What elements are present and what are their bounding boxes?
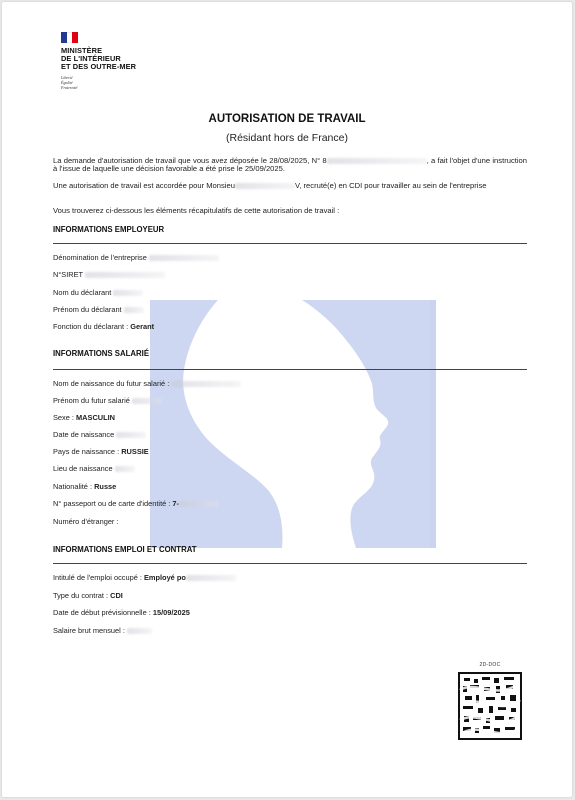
document-title: AUTORISATION DE TRAVAIL (2, 113, 572, 125)
field-gross-salary: Salaire brut mensuel : (53, 626, 152, 635)
field-job-title: Intitulé de l'emploi occupé : Employé po (53, 573, 236, 582)
summary-paragraph: Vous trouverez ci-dessous les éléments r… (53, 207, 527, 215)
marianne-watermark-icon (150, 300, 436, 548)
section-contract-title: INFORMATIONS EMPLOI ET CONTRAT (53, 545, 527, 554)
grant-paragraph: Une autorisation de travail est accordée… (53, 182, 527, 190)
ministry-logo: MINISTÈRE DE L'INTÉRIEUR ET DES OUTRE-ME… (61, 32, 136, 90)
section-employee-title: INFORMATIONS SALARIÉ (53, 349, 527, 358)
datamatrix-code-icon (456, 670, 524, 742)
french-flag-icon (61, 32, 78, 43)
field-nationality: Nationalité : Russe (53, 482, 116, 491)
field-foreigner-number: Numéro d'étranger : (53, 517, 119, 526)
document-page: MINISTÈRE DE L'INTÉRIEUR ET DES OUTRE-ME… (2, 2, 572, 797)
document-subtitle: (Résidant hors de France) (2, 132, 572, 144)
field-employee-firstname: Prénom du futur salarié (53, 396, 162, 405)
field-birth-country: Pays de naissance : RUSSIE (53, 447, 149, 456)
field-contract-type: Type du contrat : CDI (53, 591, 123, 600)
field-company-name: Dénomination de l'entreprise (53, 253, 219, 262)
2d-doc-code: 2D-DOC (456, 662, 524, 742)
field-siret: N°SIRET (53, 270, 165, 279)
field-birth-date: Date de naissance (53, 430, 146, 439)
field-start-date: Date de début prévisionnelle : 15/09/202… (53, 608, 190, 617)
section-divider (53, 243, 527, 244)
field-declarant-firstname: Prénom du déclarant (53, 305, 144, 314)
field-sex: Sexe : MASCULIN (53, 413, 115, 422)
redacted-text (235, 183, 295, 189)
field-declarant-role: Fonction du déclarant : Gerant (53, 322, 154, 331)
section-employer-title: INFORMATIONS EMPLOYEUR (53, 225, 527, 234)
field-birth-place: Lieu de naissance (53, 464, 135, 473)
ministry-name: MINISTÈRE DE L'INTÉRIEUR ET DES OUTRE-ME… (61, 47, 136, 71)
field-birth-name: Nom de naissance du futur salarié : (53, 379, 241, 388)
field-passport-number: N° passeport ou de carte d'identité : 7- (53, 499, 219, 508)
republic-motto: Liberté Égalité Fraternité (61, 75, 136, 90)
redacted-text (327, 158, 427, 164)
section-divider (53, 563, 527, 564)
section-divider (53, 369, 527, 370)
field-declarant-lastname: Nom du déclarant (53, 288, 143, 297)
intro-paragraph: La demande d'autorisation de travail que… (53, 157, 527, 174)
